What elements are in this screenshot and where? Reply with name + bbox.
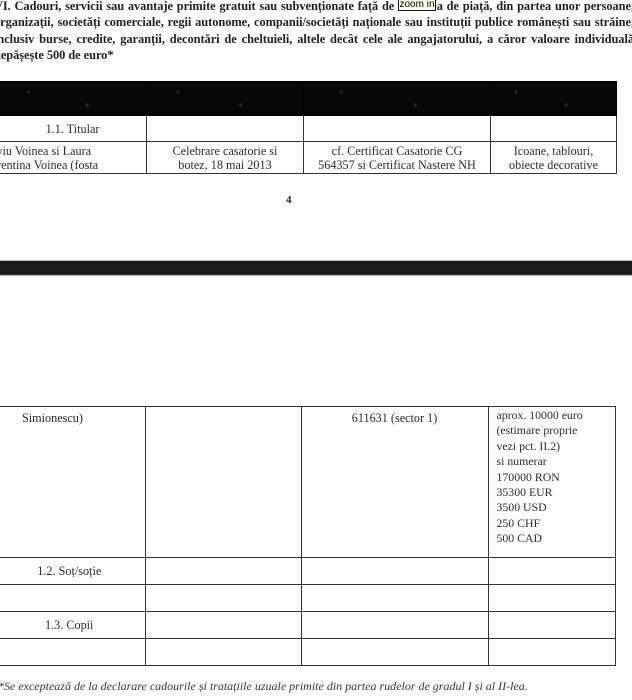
cell-line: orentina Voinea (fosta: [0, 158, 146, 172]
table-cell: [488, 612, 615, 639]
table-cell: [301, 585, 488, 612]
header-cell-source: [147, 82, 304, 116]
table-row: [0, 639, 615, 666]
value-line: aprox. 10000 euro: [497, 408, 615, 423]
service-cell: 611631 (sector 1): [301, 407, 488, 558]
cell-line: 564357 si Certificat Nastere NH: [304, 158, 490, 172]
table-cell: [145, 558, 301, 585]
table-cell: [491, 116, 617, 142]
beneficiary-cell: aviu Voinea si Laura orentina Voinea (fo…: [0, 142, 147, 174]
gifts-table: 1.1. Titular aviu Voinea si Laura orenti…: [0, 81, 617, 174]
value-line: 170000 RON: [497, 470, 615, 485]
cell-line: botez, 18 mai 2013: [147, 158, 303, 172]
cell-line: aviu Voinea si Laura: [0, 144, 146, 158]
page-number: 4: [286, 194, 292, 206]
value-line: 250 CHF: [497, 516, 615, 531]
source-cell: Celebrare casatorie si botez, 18 mai 201…: [147, 142, 304, 174]
service-cell: cf. Certificat Casatorie CG 564357 si Ce…: [304, 142, 491, 174]
table-row: 1.2. Soț/soție: [0, 558, 615, 585]
table-cell: [301, 558, 488, 585]
table-cell: [488, 558, 615, 585]
table-row: Simionescu) 611631 (sector 1) aprox. 100…: [0, 407, 615, 558]
table-cell: [0, 585, 145, 612]
beneficiary-cell: Simionescu): [0, 407, 145, 558]
table-row: 1.1. Titular: [0, 116, 617, 142]
table-cell: [147, 116, 304, 142]
section-heading-vi: VI. Cadouri, servicii sau avantaje primi…: [0, 0, 632, 64]
row-label-children: 1.3. Copii: [0, 612, 145, 639]
table-cell: [304, 116, 491, 142]
footnote: *Se exceptează de la declarare cadourile…: [0, 679, 632, 694]
table-row: [0, 585, 615, 612]
table-cell: [488, 585, 615, 612]
table-header-row: [0, 82, 617, 116]
page-separator: [0, 260, 632, 276]
value-cell: aprox. 10000 euro (estimare proprie vezi…: [488, 407, 615, 558]
value-line: 3500 USD: [497, 500, 615, 515]
value-cell: Icoane, tablouri, obiecte decorative: [491, 142, 617, 174]
table-cell: [488, 639, 615, 666]
zoom-in-tooltip: zoom in: [398, 0, 436, 11]
row-label-spouse: 1.2. Soț/soție: [0, 558, 145, 585]
table-cell: [145, 585, 301, 612]
value-line: si numerar: [497, 454, 615, 469]
table-cell: [145, 407, 301, 558]
cell-line: cf. Certificat Casatorie CG: [304, 144, 490, 158]
header-cell-service: [304, 82, 491, 116]
document-page-4: VI. Cadouri, servicii sau avantaje primi…: [0, 0, 632, 262]
table-row: aviu Voinea si Laura orentina Voinea (fo…: [0, 142, 617, 174]
table-cell: [145, 639, 301, 666]
value-line: 35300 EUR: [497, 485, 615, 500]
cell-line: Celebrare casatorie si: [147, 144, 303, 158]
cell-line: Icoane, tablouri,: [491, 144, 616, 158]
table-cell: [301, 639, 488, 666]
table-cell: [0, 639, 145, 666]
table-cell: [301, 612, 488, 639]
cell-line: obiecte decorative: [491, 158, 616, 172]
table-row: 1.3. Copii: [0, 612, 615, 639]
row-label-titular: 1.1. Titular: [0, 116, 147, 142]
value-line: 500 CAD: [497, 531, 615, 546]
header-cell-beneficiary: [0, 82, 147, 116]
value-line: (estimare proprie: [497, 423, 615, 438]
gifts-table-continued: Simionescu) 611631 (sector 1) aprox. 100…: [0, 406, 616, 666]
value-line: vezi pct. II.2): [497, 439, 615, 454]
header-cell-value: [491, 82, 617, 116]
table-cell: [145, 612, 301, 639]
